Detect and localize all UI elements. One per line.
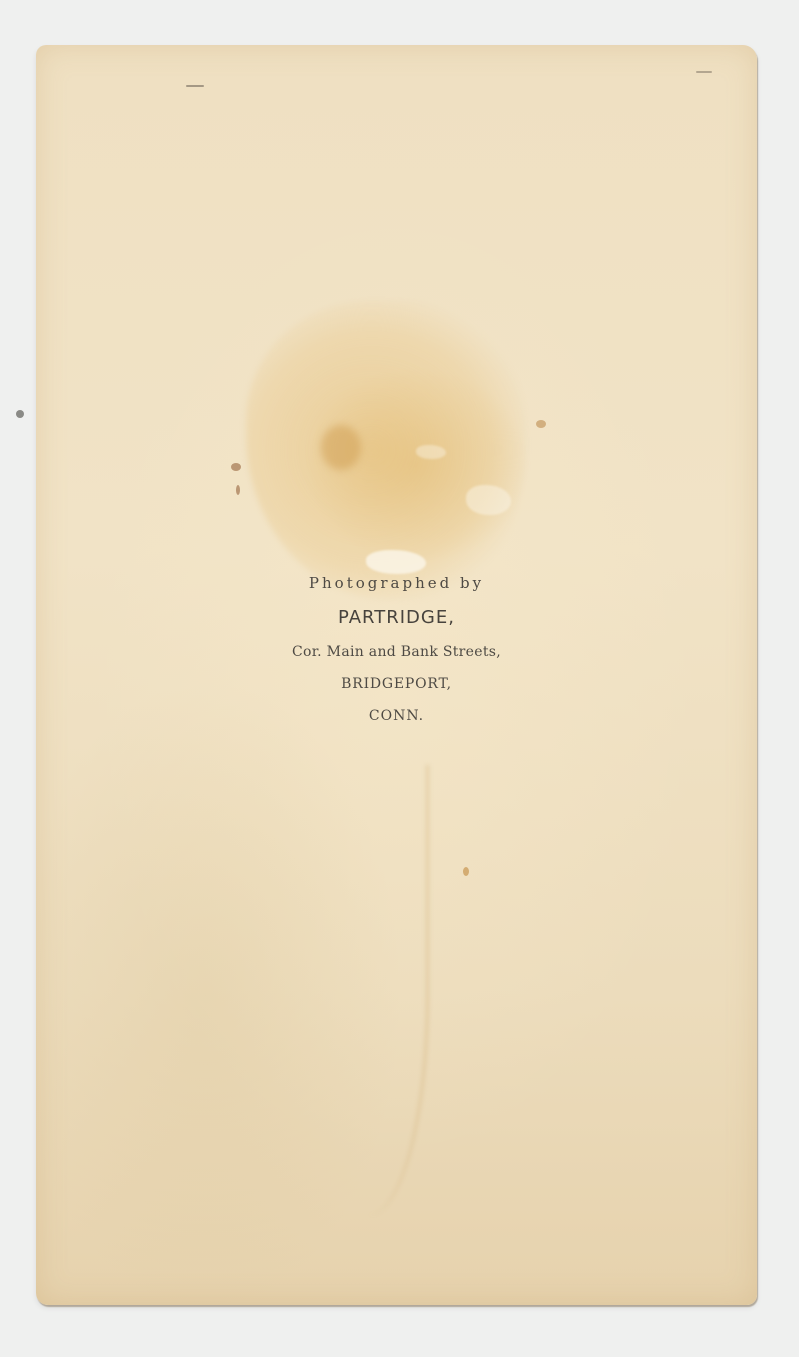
foxing-spot — [236, 485, 240, 495]
imprint-studio-name: PARTRIDGE, — [36, 607, 757, 629]
paper-peel — [416, 445, 446, 459]
imprint-address: Cor. Main and Bank Streets, — [36, 641, 757, 663]
dust-spot — [16, 410, 24, 418]
edge-mark — [186, 85, 204, 87]
photographer-imprint: Photographed by PARTRIDGE, Cor. Main and… — [36, 572, 757, 727]
imprint-city: BRIDGEPORT, — [36, 673, 757, 695]
paper-peel — [366, 550, 426, 574]
imprint-credit: Photographed by — [36, 572, 757, 594]
foxing-spot — [536, 420, 546, 428]
foxing-spot — [463, 867, 469, 876]
photograph-card-back: Photographed by PARTRIDGE, Cor. Main and… — [36, 45, 757, 1305]
paper-peel — [466, 485, 511, 515]
imprint-state: CONN. — [36, 705, 757, 727]
edge-mark — [696, 71, 712, 73]
glue-stain-dark-patch — [321, 425, 361, 470]
scan-background: Photographed by PARTRIDGE, Cor. Main and… — [0, 0, 799, 1357]
foxing-spot — [231, 463, 241, 471]
